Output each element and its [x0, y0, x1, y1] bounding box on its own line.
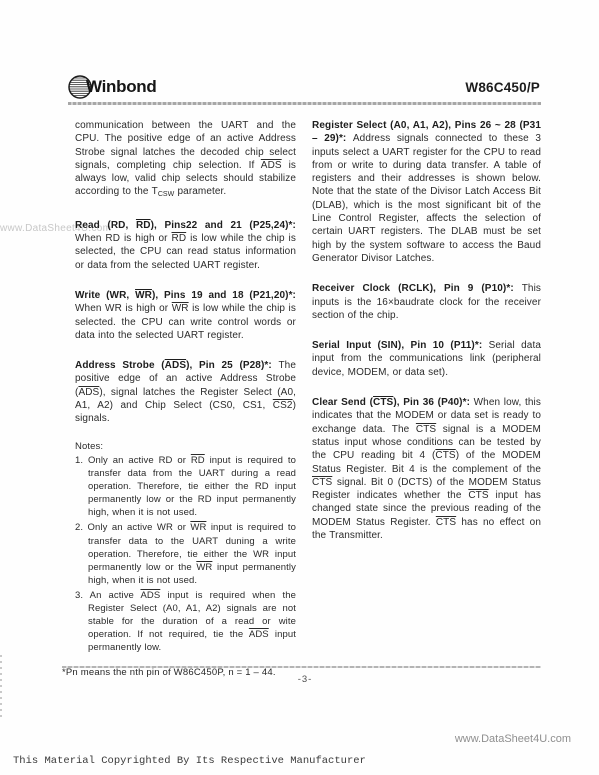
paragraph-read-pin: Read (RD, RD), Pins22 and 21 (P25,24)*: … [75, 219, 296, 272]
note-item-1: 1. Only an active RD or RD input is requ… [75, 454, 296, 519]
winbond-logo: Winbond [67, 73, 156, 101]
note-item-3: 3. An active ADS input is required when … [75, 589, 296, 654]
part-number: W86C450/P [465, 80, 540, 95]
notes-label: Notes: [75, 440, 296, 453]
header-rule [68, 102, 541, 105]
paragraph-serial-input: Serial Input (SIN), Pin 10 (P11)*: Seria… [312, 339, 541, 379]
note-item-2: 2. Only an active WR or WR input is requ… [75, 521, 296, 586]
paragraph-write-pin: Write (WR, WR), Pins 19 and 18 (P21,20)*… [75, 289, 296, 342]
scan-edge-marks [0, 655, 2, 720]
footnote: *Pn means the nth pin of W86C450P, n = 1… [62, 667, 322, 679]
copyright-line: This Material Copyrighted By Its Respect… [13, 755, 366, 767]
paragraph-address-strobe-continued: communication between the UART and the C… [75, 119, 296, 202]
paragraph-register-select: Register Select (A0, A1, A2), Pins 26 ~ … [312, 119, 541, 265]
paragraph-clear-send: Clear Send (CTS), Pin 36 (P40)*: When lo… [312, 396, 541, 542]
left-column: communication between the UART and the C… [75, 119, 296, 656]
paragraph-address-strobe-pin: Address Strobe (ADS), Pin 25 (P28)*: The… [75, 359, 296, 425]
brand-name: Winbond [86, 77, 156, 97]
paragraph-receiver-clock: Receiver Clock (RCLK), Pin 9 (P10)*: Thi… [312, 282, 541, 322]
watermark-bottom-right: www.DataSheet4U.com [455, 733, 571, 745]
datasheet-page: www.DataSheet4U.com Winbond W86C450/P co… [0, 0, 599, 775]
right-column: Register Select (A0, A1, A2), Pins 26 ~ … [312, 119, 541, 559]
page-number: -3- [285, 674, 325, 685]
